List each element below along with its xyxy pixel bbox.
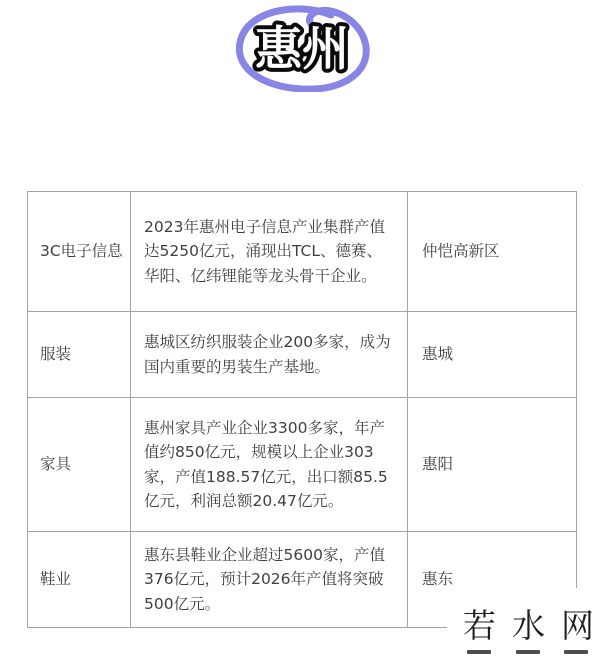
title-text: 惠州 xyxy=(255,22,349,77)
watermark-subtext-mark xyxy=(516,650,540,654)
page-title: 惠州 xyxy=(228,2,376,92)
description-cell: 惠州家具产业企业3300多家，年产值约850亿元，规模以上企业303家，产值18… xyxy=(131,398,408,532)
industry-cell: 鞋业 xyxy=(28,532,131,628)
description-cell: 2023年惠州电子信息产业集群产值达5250亿元，涌现出TCL、德赛、华阳、亿纬… xyxy=(131,192,408,312)
watermark-subtext-marks xyxy=(463,647,594,654)
region-cell: 惠城 xyxy=(408,312,577,398)
table-row: 家具 惠州家具产业企业3300多家，年产值约850亿元，规模以上企业303家，产… xyxy=(28,398,577,532)
table-row: 服装 惠城区纺织服装企业200多家，成为国内重要的男装生产基地。 惠城 xyxy=(28,312,577,398)
watermark-subtext-mark xyxy=(564,650,588,654)
description-cell: 惠东县鞋业企业超过5600家，产值376亿元，预计2026年产值将突破500亿元… xyxy=(131,532,408,628)
watermark-subtext-mark xyxy=(467,650,491,654)
description-cell: 惠城区纺织服装企业200多家，成为国内重要的男装生产基地。 xyxy=(131,312,408,398)
table-row: 3C电子信息 2023年惠州电子信息产业集群产值达5250亿元，涌现出TCL、德… xyxy=(28,192,577,312)
industry-cell: 服装 xyxy=(28,312,131,398)
industry-table: 3C电子信息 2023年惠州电子信息产业集群产值达5250亿元，涌现出TCL、德… xyxy=(27,191,577,628)
hand-drawn-circle-icon: 惠州 xyxy=(228,2,376,92)
watermark-text: 若水网 xyxy=(463,600,600,647)
region-cell: 仲恺高新区 xyxy=(408,192,577,312)
watermark: 若水网 xyxy=(447,588,600,659)
industry-cell: 3C电子信息 xyxy=(28,192,131,312)
industry-cell: 家具 xyxy=(28,398,131,532)
region-cell: 惠阳 xyxy=(408,398,577,532)
